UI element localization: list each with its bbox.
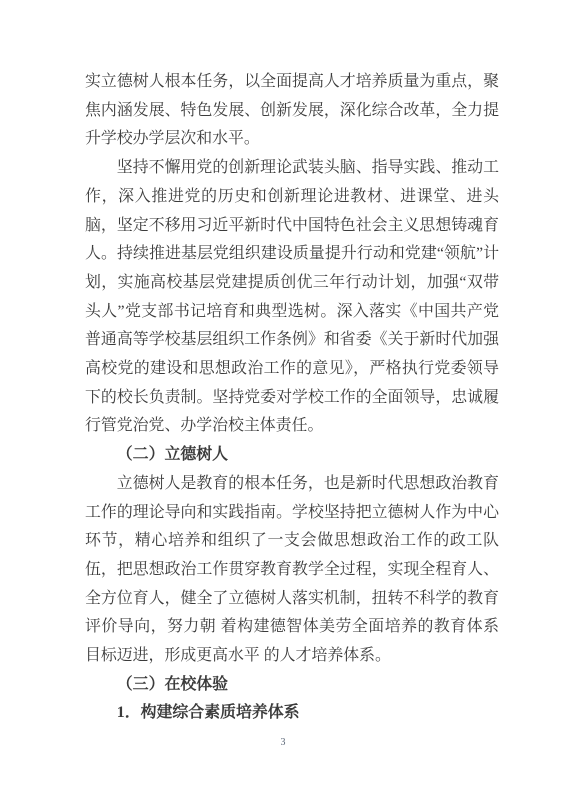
section-heading-3-campus-experience: （三）在校体验 — [85, 671, 499, 700]
page-number: 3 — [0, 737, 566, 748]
body-paragraph-lideshuren: 立德树人是教育的根本任务，也是新时代思想政治教育工作的理论导向和实践指南。学校坚… — [85, 470, 499, 671]
body-paragraph-party-building: 坚持不懈用党的创新理论武装头脑、指导实践、推动工作，深入推进党的历史和创新理论进… — [85, 154, 499, 441]
numbered-heading-quality-system: 1．构建综合素质培养体系 — [85, 699, 499, 728]
document-page: 实立德树人根本任务，以全面提高人才培养质量为重点，聚焦内涵发展、特色发展、创新发… — [0, 0, 566, 800]
section-heading-2-lideshuren: （二）立德树人 — [85, 441, 499, 470]
body-paragraph-continuation: 实立德树人根本任务，以全面提高人才培养质量为重点，聚焦内涵发展、特色发展、创新发… — [85, 68, 499, 154]
document-body: 实立德树人根本任务，以全面提高人才培养质量为重点，聚焦内涵发展、特色发展、创新发… — [85, 68, 499, 728]
